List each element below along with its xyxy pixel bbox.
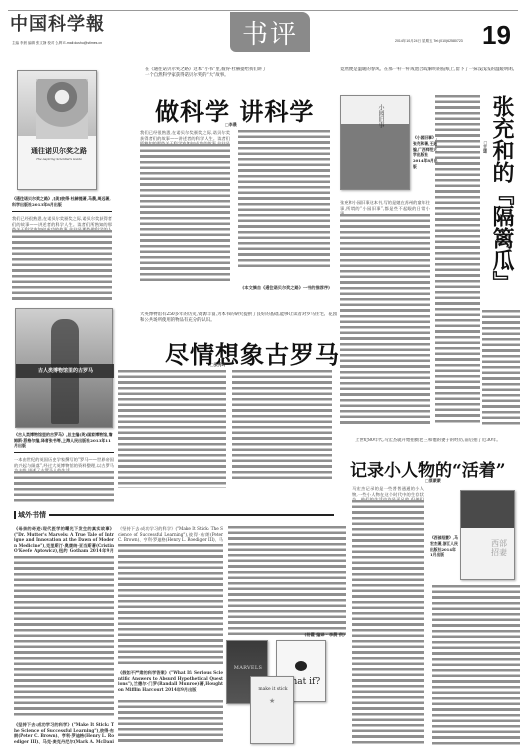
book2-body-col1 <box>118 370 226 488</box>
foreign-col3-body <box>228 526 346 638</box>
cover-title: 西部招妻 <box>491 539 511 557</box>
book-cover-xiaoyuan: 小园旧事 <box>340 95 410 190</box>
cover-title: MARVELS <box>229 665 267 671</box>
book-cover-make-it-stick: make it stick ★ <box>250 676 294 744</box>
foreign-attribution: (杨霞 编译 · 李晨 供) <box>230 632 345 638</box>
section-title: 域外书情 <box>18 510 46 520</box>
star-icon: ★ <box>269 697 275 705</box>
book2-sidebar-columns <box>14 471 114 503</box>
foreign-item2-credits: 《坚持下去:成功学习的科学》("Make It Stick: The Scien… <box>118 526 223 542</box>
book2-byline: □张秀玲 <box>210 362 226 368</box>
book1-sidebar-columns <box>12 230 112 300</box>
book1-sidebar-text: 我们已经很熟悉,在诺贝尔奖颁奖之际,诺贝尔奖获得者们的故事——讲述者的科学人生。… <box>12 216 112 230</box>
book2-sidebar-text: 一本由世纪的英国历史学家撰写的“罗马——世界帝国的兴起与陨落”,经过大英博物馆的… <box>14 457 114 471</box>
book3-body: 张充和小园旧事这本书,写的是她在苏州的童年往事,所谓的“小园旧事”,都是些不起眼… <box>340 200 430 214</box>
issue-info: 2014年10月24日 星期五 Tel:(010)62580723 <box>395 39 463 44</box>
book-cover-rome: 古人类博物馆里的古罗马 <box>15 308 113 428</box>
book4-byline: □蔡蒙蒙 <box>425 478 441 484</box>
cover-photo <box>36 79 88 139</box>
foreign-books-header: 域外书情 <box>14 510 334 520</box>
book3-headline: 张充和的『隔篱瓜』 <box>490 95 514 305</box>
cover-title: 古人类博物馆里的古罗马 <box>38 367 108 374</box>
book3-lead: 竟然便是温暖的春风。在那一杆一杆成池合疏解明的报纸上,留下了一抹浅浅浅的温暖明朗… <box>340 67 520 83</box>
book1-body-col1 <box>140 144 230 284</box>
cover-title: 小园旧事 <box>375 104 385 128</box>
book4-lead: 上世纪80年代,马宏杰就开始拍摄老三和他的妻子的经历,前后拍了近30年。 <box>355 438 520 452</box>
book3-body-col3 <box>482 310 520 425</box>
masthead-editor-info: 主编 李晨 编辑 张文静 校对 么辉 E-mail:dushu@stimes.c… <box>12 41 102 46</box>
book1-body: 我们已经很熟悉,在诺贝尔奖颁奖之际,诺贝尔奖获得者们的故事——讲述者的科学人生。… <box>140 130 230 144</box>
cover-title: 通往诺贝尔奖之路 <box>24 146 94 156</box>
book2-body-col2 <box>232 370 332 480</box>
book1-attribution: (本文摘自《通往诺贝尔奖之路》一书的推荐序) <box>240 285 330 291</box>
page-number: 19 <box>482 20 511 51</box>
foreign-item2: 《坚持下去:成功学习的科学》("Make It Stick: The Scien… <box>14 722 114 744</box>
book3-body-col2 <box>435 95 480 425</box>
book1-body-col2 <box>238 130 330 270</box>
book4-body-col2 <box>432 585 520 745</box>
book3-body-col1 <box>340 214 430 424</box>
cover-title: make it stick <box>251 687 295 692</box>
foreign-col2-body2 <box>118 700 223 744</box>
book2-headline: 尽情想象古罗马 <box>165 335 340 370</box>
book4-caption: 《西部招妻》,马宏杰著,浙江人民出版社2014年1月出版 <box>430 535 458 575</box>
foreign-item1-body <box>14 556 114 716</box>
foreign-col2-body <box>118 544 223 664</box>
book2-caption: 《古人类博物馆里的古罗马》,总主编(英)国家博物馆,詹姆斯·派格尔编,译者张书等… <box>14 432 114 450</box>
book2-lead: 大英博物馆有250多年的历史,资源丰富,为本书的研究提供了良好的基础,能够让读者… <box>140 312 340 326</box>
book1-caption: 《通往诺贝尔奖之路》,[美]彼得·杜赫提著,马晨,周远著,科学出版社2013年8… <box>12 196 112 208</box>
book-cover-nobel: 通往诺贝尔奖之路 The Aspiring Scientist's Guide <box>17 70 97 190</box>
cover-illustration <box>295 661 307 671</box>
book-cover-xibu: 西部招妻 <box>460 490 515 580</box>
caption-rule <box>12 211 112 212</box>
foreign-item3: 《假如不严肃的科学答案》("What If: Serious Scientifi… <box>118 670 223 698</box>
book4-body: 马宏杰记录的是一些普普通通的小人物,一些小人物在这个时代中的生存状态。他们的生活… <box>352 486 424 500</box>
book1-byline: □李晨 <box>225 122 237 128</box>
book1-lead: 在《通往诺贝尔奖之路》这本“小书”里,彼得·杜赫提给我们讲了一个自然科学家获得诺… <box>145 67 270 83</box>
section-rule <box>49 514 334 516</box>
newspaper-logo: 中国科学報 <box>10 10 105 36</box>
caption-rule <box>14 452 114 453</box>
section-marker <box>14 511 16 519</box>
book3-byline: □王道 <box>482 140 488 153</box>
book4-body-col1 <box>352 500 424 745</box>
cover-subtitle: The Aspiring Scientist's Guide <box>24 157 94 161</box>
foreign-item1: 《母亲的奇迹:现代医学的曙光下发生的真实故事》("Dr. Mutter's Ma… <box>14 526 114 554</box>
section-tab-book-review: 书评 <box>230 12 310 52</box>
